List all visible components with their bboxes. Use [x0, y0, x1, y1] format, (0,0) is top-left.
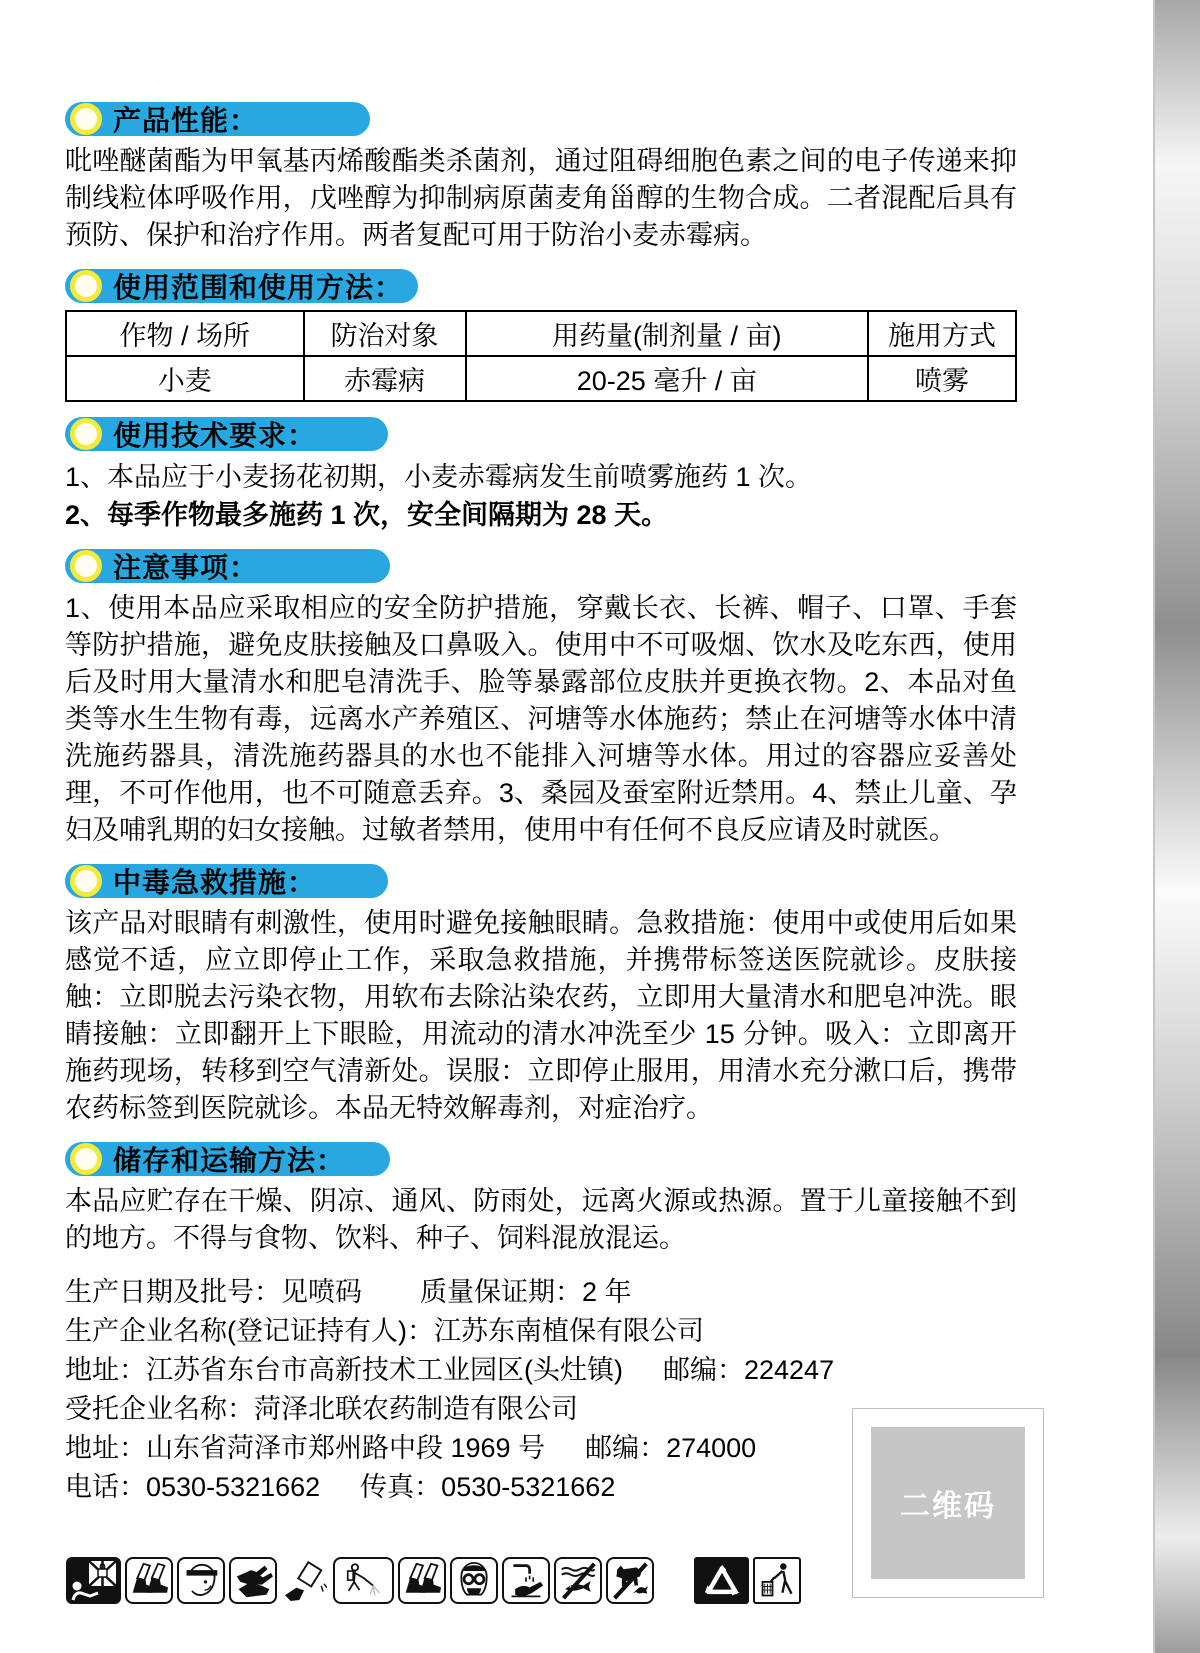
producer-postcode-label: 邮编： [663, 1355, 744, 1385]
right-metal-strip [1153, 0, 1200, 1653]
keep-from-livestock-icon [606, 1557, 654, 1604]
pesticide-label-page: 产品性能： 吡唑醚菌酯为甲氧基丙烯酸酯类杀菌剂，通过阻碍细胞色素之间的电子传递来… [0, 0, 1200, 1653]
fax-label: 传真： [360, 1472, 441, 1502]
date-batch-label: 生产日期及批号： [65, 1277, 281, 1307]
safety-pictogram-row [66, 1557, 805, 1604]
cell-crop: 小麦 [66, 356, 304, 401]
bullet-circle-icon [70, 270, 102, 302]
col-header-crop: 作物 / 场所 [66, 311, 304, 356]
entrusted-address-value: 山东省菏泽市郑州路中段 1969 号 [146, 1433, 545, 1463]
col-header-target: 防治对象 [304, 311, 466, 356]
cell-method: 喷雾 [868, 356, 1016, 401]
bullet-circle-icon [70, 550, 102, 582]
section-header-storage: 储存和运输方法： [65, 1142, 390, 1176]
producer-value: 江苏东南植保有限公司 [434, 1316, 704, 1346]
info-line-date-warranty: 生产日期及批号：见喷码质量保证期：2 年 [65, 1273, 1017, 1312]
dispose-in-bin-icon [753, 1557, 801, 1604]
locked-storage-icon [66, 1557, 121, 1604]
section-tech: 使用技术要求： 1、本品应于小麦扬花初期，小麦赤霉病发生前喷雾施药 1 次。 2… [65, 417, 1017, 534]
fax-value: 0530-5321662 [441, 1472, 615, 1502]
section-title: 中毒急救措施： [113, 861, 316, 901]
section-header-usage: 使用范围和使用方法： [65, 269, 418, 303]
section-title: 使用范围和使用方法： [113, 266, 403, 306]
usage-table-header-row: 作物 / 场所 防治对象 用药量(制剂量 / 亩) 施用方式 [66, 311, 1016, 356]
entrusted-label: 受托企业名称： [65, 1394, 254, 1424]
spray-application-icon [333, 1557, 394, 1604]
section-header-performance: 产品性能： [65, 102, 370, 136]
storage-text: 本品应贮存在干燥、阴凉、通风、防雨处，远离火源或热源。置于儿童接触不到的地方。不… [65, 1183, 1017, 1257]
section-header-caution: 注意事项： [65, 549, 390, 583]
cell-dosage: 20-25 毫升 / 亩 [466, 356, 868, 401]
label-content: 产品性能： 吡唑醚菌酯为甲氧基丙烯酸酯类杀菌剂，通过阻碍细胞色素之间的电子传递来… [65, 102, 1017, 1507]
qr-code-gray-box: 二维码 [871, 1427, 1025, 1579]
col-header-method: 施用方式 [868, 311, 1016, 356]
qr-code-label: 二维码 [900, 1481, 996, 1525]
section-storage: 储存和运输方法： 本品应贮存在干燥、阴凉、通风、防雨处，远离火源或热源。置于儿童… [65, 1142, 1017, 1257]
phone-value: 0530-5321662 [146, 1472, 320, 1502]
wear-boots-icon [125, 1557, 173, 1604]
tech-requirement-2: 2、每季作物最多施药 1 次，安全间隔期为 28 天。 [65, 496, 1017, 534]
entrusted-value: 菏泽北联农药制造有限公司 [254, 1394, 578, 1424]
pictogram-gap [658, 1557, 694, 1604]
section-usage: 使用范围和使用方法： 作物 / 场所 防治对象 用药量(制剂量 / 亩) 施用方… [65, 269, 1017, 402]
section-performance: 产品性能： 吡唑醚菌酯为甲氧基丙烯酸酯类杀菌剂，通过阻碍细胞色素之间的电子传递来… [65, 102, 1017, 254]
usage-table-row: 小麦 赤霉病 20-25 毫升 / 亩 喷雾 [66, 356, 1016, 401]
producer-postcode-value: 224247 [744, 1355, 834, 1385]
wash-hands-icon [502, 1557, 550, 1604]
phone-label: 电话： [65, 1472, 146, 1502]
usage-table: 作物 / 场所 防治对象 用药量(制剂量 / 亩) 施用方式 小麦 赤霉病 20… [65, 310, 1017, 402]
section-first-aid: 中毒急救措施： 该产品对眼睛有刺激性，使用时避免接触眼睛。急救措施：使用中或使用… [65, 864, 1017, 1127]
info-line-producer: 生产企业名称(登记证持有人)：江苏东南植保有限公司 [65, 1312, 1017, 1351]
recycle-icon [694, 1557, 749, 1604]
toxic-to-fish-icon [554, 1557, 602, 1604]
entrusted-address-label: 地址： [65, 1433, 146, 1463]
first-aid-text: 该产品对眼睛有刺激性，使用时避免接触眼睛。急救措施：使用中或使用后如果感觉不适，… [65, 905, 1017, 1127]
wear-face-shield-icon [177, 1557, 225, 1604]
bullet-circle-icon [70, 1143, 102, 1175]
section-title: 产品性能： [113, 99, 258, 139]
bullet-circle-icon [70, 418, 102, 450]
pour-carefully-icon [281, 1557, 329, 1604]
producer-address-label: 地址： [65, 1355, 146, 1385]
section-header-tech: 使用技术要求： [65, 417, 388, 451]
producer-address-value: 江苏省东台市高新技术工业园区(头灶镇) [146, 1355, 623, 1385]
warranty-label: 质量保证期： [420, 1277, 582, 1307]
caution-text: 1、使用本品应采取相应的安全防护措施，穿戴长衣、长裤、帽子、口罩、手套等防护措施… [65, 590, 1017, 849]
wear-gloves-icon [229, 1557, 277, 1604]
wear-goggles-mask-icon [450, 1557, 498, 1604]
warranty-value: 2 年 [582, 1277, 632, 1307]
performance-text: 吡唑醚菌酯为甲氧基丙烯酸酯类杀菌剂，通过阻碍细胞色素之间的电子传递来抑制线粒体呼… [65, 143, 1017, 254]
section-title: 注意事项： [113, 546, 258, 586]
section-header-first-aid: 中毒急救措施： [65, 864, 388, 898]
bullet-circle-icon [70, 103, 102, 135]
section-caution: 注意事项： 1、使用本品应采取相应的安全防护措施，穿戴长衣、长裤、帽子、口罩、手… [65, 549, 1017, 849]
col-header-dosage: 用药量(制剂量 / 亩) [466, 311, 868, 356]
producer-label: 生产企业名称(登记证持有人)： [65, 1316, 434, 1346]
section-title: 储存和运输方法： [113, 1139, 345, 1179]
qr-code-placeholder: 二维码 [852, 1408, 1044, 1598]
bullet-circle-icon [70, 865, 102, 897]
section-title: 使用技术要求： [113, 414, 316, 454]
cell-target: 赤霉病 [304, 356, 466, 401]
info-line-producer-address: 地址：江苏省东台市高新技术工业园区(头灶镇)邮编：224247 [65, 1351, 1017, 1390]
date-batch-value: 见喷码 [281, 1277, 362, 1307]
entrusted-postcode-value: 274000 [666, 1433, 756, 1463]
wear-boots-icon [398, 1557, 446, 1604]
tech-requirement-1: 1、本品应于小麦扬花初期，小麦赤霉病发生前喷雾施药 1 次。 [65, 458, 1017, 496]
entrusted-postcode-label: 邮编： [585, 1433, 666, 1463]
